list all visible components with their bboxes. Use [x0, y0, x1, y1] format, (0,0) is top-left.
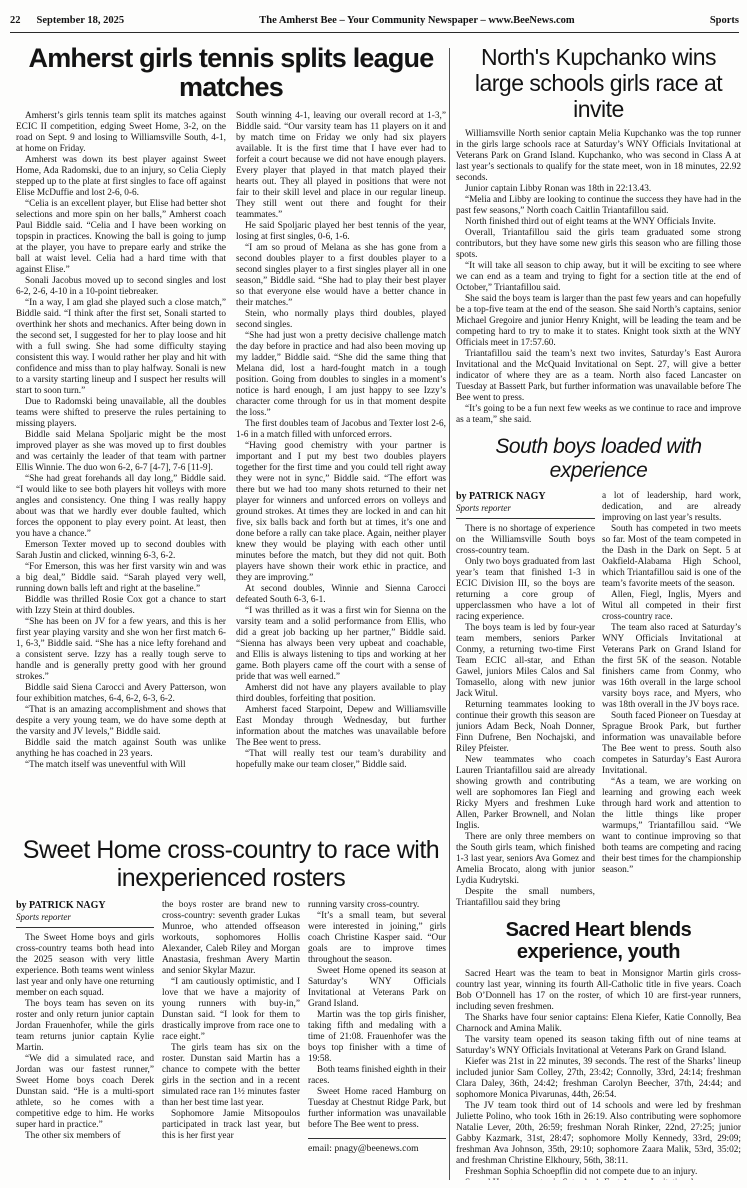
paragraph: Biddle said Siena Carocci and Avery Patt… [16, 683, 226, 705]
paragraph: Amherst faced Starpoint, Depew and Willi… [236, 705, 446, 749]
kupchanko-body: Williamsville North senior captain Melia… [456, 129, 741, 426]
sacred-body: Sacred Heart was the team to beat in Mon… [456, 969, 741, 1180]
sacred-headline: Sacred Heart blends experience, youth [456, 919, 741, 963]
column-divider-rule [449, 48, 450, 1180]
paragraph: At second doubles, Winnie and Sienna Car… [236, 584, 446, 606]
article-kupchanko: North's Kupchanko wins large schools gir… [456, 44, 741, 426]
page-number: 22 [10, 15, 21, 26]
south-columns: by PATRICK NAGY Sports reporter There is… [456, 491, 741, 909]
paragraph: The team also raced at Saturday’s WNY Of… [602, 623, 741, 711]
paragraph: Sonali Jacobus moved up to second single… [16, 276, 226, 298]
paragraph: “The match itself was uneventful with Wi… [16, 760, 226, 771]
tennis-column-1: Amherst’s girls tennis team split its ma… [16, 111, 226, 771]
sweet-column-2: the boys roster are brand new to cross-c… [162, 900, 300, 1154]
kupchanko-headline: North's Kupchanko wins large schools gir… [456, 44, 741, 122]
paragraph: The Sharks have four senior captains: El… [456, 1013, 741, 1035]
paragraph: “It’s going to be a fun next few weeks a… [456, 404, 741, 426]
paragraph: The boys team is led by four-year team m… [456, 623, 595, 700]
paragraph: Williamsville North senior captain Melia… [456, 129, 741, 184]
paragraph: Both teams finished eighth in their race… [308, 1065, 446, 1087]
paragraph: Allen, Fiegl, Inglis, Myers and Witul al… [602, 590, 741, 623]
paragraph: Amherst was down its best player against… [16, 155, 226, 199]
paragraph: Only two boys graduated from last year’s… [456, 557, 595, 623]
paragraph: New teammates who coach Lauren Triantafi… [456, 755, 595, 832]
paragraph: Biddle was thrilled Rosie Cox got a chan… [16, 595, 226, 617]
south-headline: South boys loaded with experience [456, 435, 741, 483]
paragraph: a lot of leadership, hard work, dedicati… [602, 491, 741, 524]
sweet-columns: by PATRICK NAGY Sports reporter The Swee… [16, 900, 446, 1154]
paragraph: running varsity cross-country. [308, 900, 446, 911]
paragraph: Amherst’s girls tennis team split its ma… [16, 111, 226, 155]
reporter-email: email: pnagy@beenews.com [308, 1138, 446, 1154]
article-sweet-home: Sweet Home cross-country to race with in… [16, 836, 446, 1180]
paragraph: The first doubles team of Jacobus and Te… [236, 419, 446, 441]
paragraph: “It will take all season to chip away, b… [456, 261, 741, 294]
issue-date: September 18, 2025 [37, 15, 125, 26]
paragraph: “In a way, I am glad she played such a c… [16, 298, 226, 397]
newspaper-page: 22 September 18, 2025 The Amherst Bee – … [0, 0, 747, 1188]
paragraph: “As a team, we are working on learning a… [602, 777, 741, 876]
paragraph: “I am so proud of Melana as she has gone… [236, 243, 446, 309]
paragraph: There are only three members on the Sout… [456, 832, 595, 887]
tennis-column-2: South winning 4-1, leaving our overall r… [236, 111, 446, 771]
paragraph: Biddle said the match against South was … [16, 738, 226, 760]
paragraph: Emerson Texter moved up to second double… [16, 540, 226, 562]
tennis-headline: Amherst girls tennis splits league match… [16, 44, 446, 102]
byline-author: by PATRICK NAGY [456, 491, 595, 503]
byline-role: Sports reporter [456, 503, 595, 514]
tennis-columns: Amherst’s girls tennis team split its ma… [16, 111, 446, 771]
paragraph: the boys roster are brand new to cross-c… [162, 900, 300, 977]
paragraph: North finished third out of eight teams … [456, 217, 741, 228]
article-amherst-tennis: Amherst girls tennis splits league match… [16, 44, 446, 832]
paragraph: “Having good chemistry with your partner… [236, 441, 446, 584]
paragraph: The girls team has six on the roster. Du… [162, 1043, 300, 1109]
paragraph: South faced Pioneer on Tuesday at Spragu… [602, 711, 741, 777]
byline-role: Sports reporter [16, 912, 154, 923]
paragraph: “It’s a small team, but several were int… [308, 911, 446, 966]
paragraph: “We did a simulated race, and Jordan was… [16, 1054, 154, 1131]
right-column: North's Kupchanko wins large schools gir… [456, 44, 741, 1180]
sweet-column-1: by PATRICK NAGY Sports reporter The Swee… [16, 900, 154, 1154]
paragraph: Biddle said Melana Spoljaric might be th… [16, 430, 226, 474]
paragraph: “She had just won a pretty decisive chal… [236, 331, 446, 419]
paragraph: The JV team took third out of 14 schools… [456, 1101, 741, 1167]
paragraph: The other six members of [16, 1131, 154, 1142]
paragraph: Junior captain Libby Ronan was 18th in 2… [456, 184, 741, 195]
paragraph: Sacred Heart was the team to beat in Mon… [456, 969, 741, 1013]
paragraph: There is no shortage of experience on th… [456, 524, 595, 557]
paragraph: “She had great forehands all day long,” … [16, 474, 226, 540]
paragraph: She said the boys team is larger than th… [456, 294, 741, 349]
paragraph: Returning teammates looking to continue … [456, 700, 595, 755]
paragraph: “She has been on JV for a few years, and… [16, 617, 226, 683]
paragraph: Amherst did not have any players availab… [236, 683, 446, 705]
article-south-boys: South boys loaded with experience by PAT… [456, 435, 741, 909]
byline-author: by PATRICK NAGY [16, 900, 154, 912]
masthead-title: The Amherst Bee – Your Community Newspap… [124, 15, 710, 26]
paragraph: Triantafillou said the team’s next two i… [456, 349, 741, 404]
paragraph: Kiefer was 21st in 22 minutes, 39 second… [456, 1057, 741, 1101]
paragraph: Despite the small numbers, Triantafillou… [456, 887, 595, 909]
sweet-headline: Sweet Home cross-country to race with in… [16, 836, 446, 892]
paragraph: Overall, Triantafillou said the girls te… [456, 228, 741, 261]
paragraph: “That will really test our team’s durabi… [236, 749, 446, 771]
paragraph: The boys team has seven on its roster an… [16, 999, 154, 1054]
paragraph: “I am cautiously optimistic, and I love … [162, 977, 300, 1043]
paragraph: He said Spoljaric played her best tennis… [236, 221, 446, 243]
paragraph: Martin was the top girls finisher, takin… [308, 1010, 446, 1065]
paragraph: South winning 4-1, leaving our overall r… [236, 111, 446, 221]
byline-block: by PATRICK NAGY Sports reporter [456, 491, 595, 519]
byline-block: by PATRICK NAGY Sports reporter [16, 900, 154, 928]
paragraph: Stein, who normally plays third doubles,… [236, 309, 446, 331]
article-sacred-heart: Sacred Heart blends experience, youth Sa… [456, 919, 741, 1180]
south-column-1-text: There is no shortage of experience on th… [456, 524, 595, 909]
paragraph: “I was thrilled as it was a first win fo… [236, 606, 446, 683]
paragraph: “For Emerson, this was her first varsity… [16, 562, 226, 595]
sweet-column-3: running varsity cross-country.“It’s a sm… [308, 900, 446, 1154]
south-column-2: a lot of leadership, hard work, dedicati… [602, 491, 741, 909]
paragraph: The Sweet Home boys and girls cross-coun… [16, 933, 154, 999]
paragraph: Due to Radomski being unavailable, all t… [16, 397, 226, 430]
section-label: Sports [710, 15, 739, 26]
south-column-1: by PATRICK NAGY Sports reporter There is… [456, 491, 595, 909]
sweet-column-3-text: running varsity cross-country.“It’s a sm… [308, 900, 446, 1131]
paragraph: Sweet Home opened its season at Saturday… [308, 966, 446, 1010]
paragraph: “Celia is an excellent player, but Elise… [16, 199, 226, 276]
paragraph: The varsity team opened its season takin… [456, 1035, 741, 1057]
paragraph: “Melia and Libby are looking to continue… [456, 195, 741, 217]
paragraph: Sophomore Jamie Mitsopoulos participated… [162, 1109, 300, 1142]
paragraph: “That is an amazing accomplishment and s… [16, 705, 226, 738]
paragraph: Sweet Home raced Hamburg on Tuesday at C… [308, 1087, 446, 1131]
paragraph: South has competed in two meets so far. … [602, 524, 741, 590]
paragraph: Sacred Heart competes in Saturday’s East… [456, 1178, 741, 1180]
masthead: 22 September 18, 2025 The Amherst Bee – … [10, 15, 739, 33]
sweet-column-1-text: The Sweet Home boys and girls cross-coun… [16, 933, 154, 1142]
paragraph: Freshman Sophia Schoepflin did not compe… [456, 1167, 741, 1178]
